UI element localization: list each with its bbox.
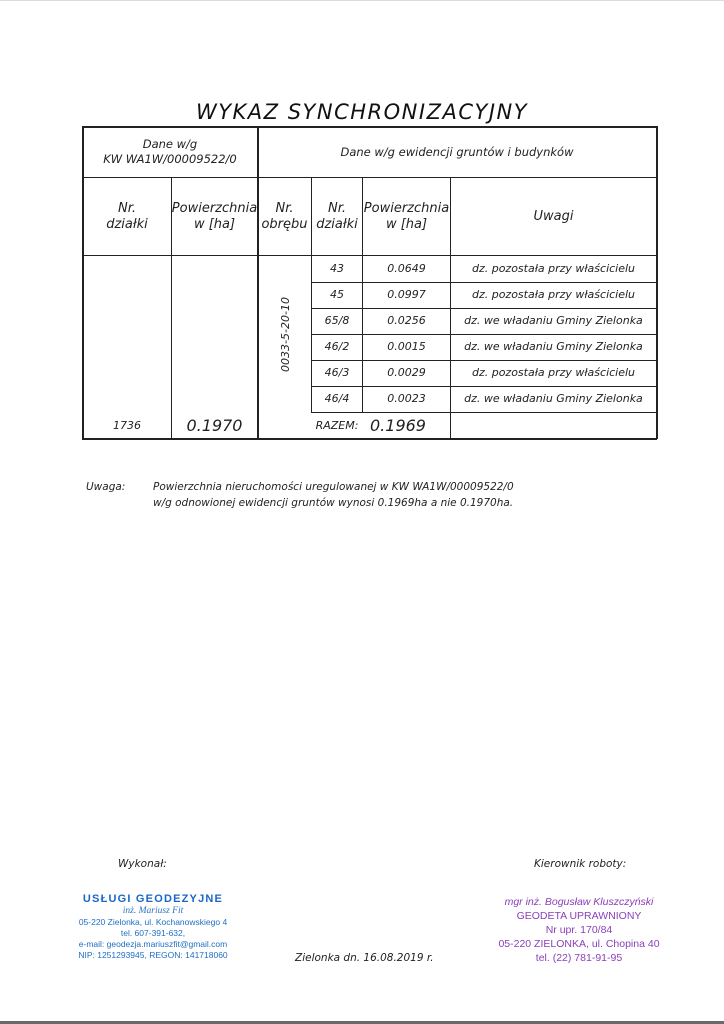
company-stamp: USŁUGI GEODEZYJNE inż. Mariusz Fit 05-22… xyxy=(70,893,236,961)
parcel-no: 46/3 xyxy=(312,360,362,386)
parcel-remarks: dz. pozostała przy właścicielu xyxy=(451,256,656,282)
parcel-area: 0.0029 xyxy=(363,360,450,386)
column-header-kw-area: Powierzchnia w [ha] xyxy=(172,178,257,255)
note-line-2: w/g odnowionej ewidencji gruntów wynosi … xyxy=(153,495,513,511)
surveyor-stamp: mgr inż. Bogusław Kluszczyński GEODETA U… xyxy=(494,895,664,965)
parcel-area: 0.0015 xyxy=(363,334,450,360)
precinct-no-cell: 0033-5-20-10 xyxy=(259,256,311,413)
manager-label: Kierownik roboty: xyxy=(534,858,626,870)
company-person: inż. Mariusz Fit xyxy=(70,906,236,917)
note-line-1: Powierzchnia nieruchomości uregulowanej … xyxy=(153,479,514,495)
column-header-kw-parcel-no: Nr. działki xyxy=(83,178,171,255)
surveyor-title: GEODETA UPRAWNIONY xyxy=(494,909,664,923)
parcel-no: 46/2 xyxy=(312,334,362,360)
parcel-area: 0.0997 xyxy=(363,282,450,308)
column-header-area: Powierzchnia w [ha] xyxy=(363,178,450,255)
parcel-remarks: dz. pozostała przy właścicielu xyxy=(451,282,656,308)
header-text: Nr. xyxy=(328,201,346,217)
header-text: Powierzchnia xyxy=(172,201,257,217)
group-header-kw-line2: KW WA1W/00009522/0 xyxy=(103,152,237,167)
parcel-no: 46/4 xyxy=(312,386,362,412)
group-header-kw-line1: Dane w/g xyxy=(143,137,198,152)
surveyor-address: 05-220 ZIELONKA, ul. Chopina 40 xyxy=(494,937,664,951)
group-header-egib: Dane w/g ewidencji gruntów i budynków xyxy=(258,127,656,177)
total-value: 0.1969 xyxy=(363,413,433,438)
note-label: Uwaga: xyxy=(86,479,125,495)
parcel-no: 43 xyxy=(312,256,362,282)
page-top-edge xyxy=(0,0,724,1)
kw-parcel-no: 1736 xyxy=(83,413,171,438)
group-header-kw: Dane w/g KW WA1W/00009522/0 xyxy=(83,127,257,177)
header-text: działki xyxy=(106,217,148,233)
total-label: RAZEM: xyxy=(312,413,362,438)
parcel-no: 65/8 xyxy=(312,308,362,334)
document-title: WYKAZ SYNCHRONIZACYJNY xyxy=(0,100,724,124)
parcel-remarks: dz. we władaniu Gminy Zielonka xyxy=(451,334,656,360)
performed-by-label: Wykonał: xyxy=(118,858,167,870)
company-address: 05-220 Zielonka, ul. Kochanowskiego 4 xyxy=(70,917,236,928)
company-ids: NIP: 1251293945, REGON: 141718060 xyxy=(70,950,236,961)
table-border-bottom xyxy=(82,438,657,440)
parcel-area: 0.0649 xyxy=(363,256,450,282)
precinct-no: 0033-5-20-10 xyxy=(279,297,292,372)
header-text: w [ha] xyxy=(194,217,235,233)
header-text: Nr. xyxy=(118,201,136,217)
header-text: działki xyxy=(316,217,358,233)
company-phone: tel. 607-391-632, xyxy=(70,928,236,939)
parcel-remarks: dz. pozostała przy właścicielu xyxy=(451,360,656,386)
parcel-area: 0.0256 xyxy=(363,308,450,334)
parcel-remarks: dz. we władaniu Gminy Zielonka xyxy=(451,308,656,334)
surveyor-phone: tel. (22) 781-91-95 xyxy=(494,951,664,965)
header-text: obrębu xyxy=(261,217,307,233)
place-and-date: Zielonka dn. 16.08.2019 r. xyxy=(295,952,434,964)
surveyor-license: Nr upr. 170/84 xyxy=(494,923,664,937)
kw-area: 0.1970 xyxy=(172,413,257,438)
surveyor-name: mgr inż. Bogusław Kluszczyński xyxy=(494,895,664,909)
parcel-remarks: dz. we władaniu Gminy Zielonka xyxy=(451,386,656,412)
header-text: w [ha] xyxy=(386,217,427,233)
header-text: Nr. xyxy=(275,201,293,217)
parcel-no: 45 xyxy=(312,282,362,308)
column-header-parcel-no: Nr. działki xyxy=(312,178,362,255)
column-header-remarks: Uwagi xyxy=(451,178,656,255)
parcel-area: 0.0023 xyxy=(363,386,450,412)
company-name: USŁUGI GEODEZYJNE xyxy=(70,893,236,906)
column-header-precinct-no: Nr. obrębu xyxy=(258,178,311,255)
company-email[interactable]: e-mail: geodezja.mariuszfit@gmail.com xyxy=(70,939,236,950)
header-text: Powierzchnia xyxy=(364,201,449,217)
